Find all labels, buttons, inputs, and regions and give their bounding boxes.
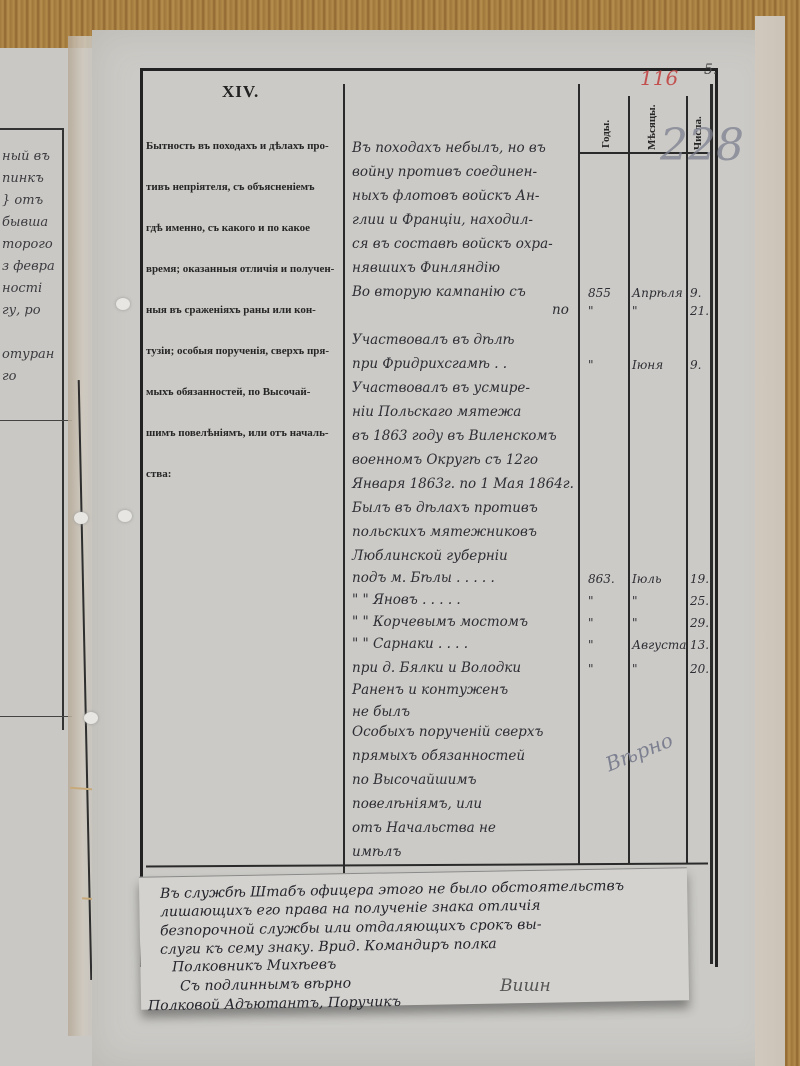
entry-text: нявшихъ Финляндію bbox=[352, 260, 500, 276]
pencil-folio: 228 bbox=[660, 120, 744, 171]
entry-text: по Высочайшимъ bbox=[352, 772, 477, 788]
left-page-rule bbox=[0, 420, 72, 421]
entry-month: Августа bbox=[632, 638, 686, 652]
entry-text: прямыхъ обязанностей bbox=[352, 748, 525, 764]
entry-day: 9. bbox=[690, 286, 701, 300]
printed-heading-line: Бытность въ походахъ и дѣлахъ про- bbox=[146, 140, 342, 152]
entry-month: " bbox=[632, 616, 638, 630]
binding-hole bbox=[74, 512, 88, 524]
entry-day: 13. bbox=[690, 638, 709, 652]
entry-year: " bbox=[588, 662, 594, 676]
entry-day: 21. bbox=[690, 304, 709, 318]
entry-month: Апрѣля bbox=[632, 286, 683, 300]
left-page-rule bbox=[0, 716, 72, 717]
entry-year: " bbox=[588, 594, 594, 608]
entry-text: Особыхъ порученій сверхъ bbox=[352, 724, 543, 740]
entry-text: Въ походахъ небылъ, но въ bbox=[352, 140, 546, 156]
entry-text: ныхъ флотовъ войскъ Ан- bbox=[352, 188, 539, 204]
entry-text: Участвовалъ въ дѣлѣ bbox=[352, 332, 514, 348]
entry-text: " " Сарнаки . . . . bbox=[352, 636, 468, 652]
entry-month: Іюня bbox=[632, 358, 663, 372]
printed-heading-line: гдѣ именно, съ какого и по какое bbox=[146, 222, 342, 234]
entry-text: Раненъ и контуженъ bbox=[352, 682, 508, 698]
entry-year: " bbox=[588, 304, 594, 318]
header-years: Годы. bbox=[600, 120, 612, 148]
entry-text: ніи Польскаго мятежа bbox=[352, 404, 521, 420]
entry-text: отъ Начальства не bbox=[352, 820, 496, 836]
entry-year: 855 bbox=[588, 286, 611, 300]
column-divider bbox=[343, 84, 345, 874]
entry-text: ся въ составѣ войскъ охра- bbox=[352, 236, 553, 252]
entry-text: Участвовалъ въ усмире- bbox=[352, 380, 530, 396]
entry-text: польскихъ мятежниковъ bbox=[352, 524, 537, 540]
printed-heading-line: мыхъ обязанностей, по Высочай- bbox=[146, 386, 342, 398]
printed-heading-line: время; оказанныя отличія и получен- bbox=[146, 263, 342, 275]
printed-heading-line: тивъ непріятеля, съ объясненіемъ bbox=[146, 181, 342, 193]
entry-text: Января 1863г. по 1 Мая 1864г. bbox=[352, 476, 574, 492]
entry-year: 863. bbox=[588, 572, 615, 586]
section-number: XIV. bbox=[222, 82, 259, 102]
entry-text: военномъ Округѣ съ 12го bbox=[352, 452, 538, 468]
entry-text: при д. Бялки и Володки bbox=[352, 660, 521, 676]
entry-text: въ 1863 году въ Виленскомъ bbox=[352, 428, 557, 444]
column-divider bbox=[686, 96, 688, 864]
entry-year: " bbox=[588, 616, 594, 630]
entry-text: войну противъ соединен- bbox=[352, 164, 537, 180]
slip-signature: Вишн bbox=[500, 976, 551, 996]
attached-slip-line: Съ подлиннымъ вѣрно bbox=[180, 976, 351, 995]
binding-hole bbox=[84, 712, 98, 724]
entry-day: 29. bbox=[690, 616, 709, 630]
entry-year: " bbox=[588, 638, 594, 652]
entry-text: подъ м. Бѣлы . . . . . bbox=[352, 570, 495, 586]
entry-day: 19. bbox=[690, 572, 709, 586]
entry-month: " bbox=[632, 662, 638, 676]
entry-day: 20. bbox=[690, 662, 709, 676]
printed-heading-line: шимъ повелѣніямъ, или отъ началь- bbox=[146, 427, 342, 439]
entry-month: " bbox=[632, 304, 638, 318]
table-right-border bbox=[710, 84, 713, 964]
binding-hole bbox=[118, 510, 132, 522]
entry-text: имѣлъ bbox=[352, 844, 401, 860]
page-number: 5. bbox=[704, 62, 717, 78]
entry-text: повелѣніямъ, или bbox=[352, 796, 482, 812]
entry-text: глии и Франціи, находил- bbox=[352, 212, 533, 228]
page-edge bbox=[755, 16, 785, 1066]
entry-text: " " Корчевымъ мостомъ bbox=[352, 614, 528, 630]
attached-slip-line: Полковникъ Михѣевъ bbox=[172, 957, 336, 976]
entry-text: Былъ въ дѣлахъ противъ bbox=[352, 500, 538, 516]
left-page-handwriting: ный въ пинкъ } отъ бывша торого з февра … bbox=[2, 146, 62, 388]
entry-month: Іюль bbox=[632, 572, 661, 586]
entry-text: по bbox=[552, 302, 569, 318]
folio-number-red: 116 bbox=[640, 66, 678, 90]
entry-text: при Фридрихсгамѣ . . bbox=[352, 356, 507, 372]
printed-heading-line: ства: bbox=[146, 468, 342, 480]
binding-hole bbox=[116, 298, 130, 310]
entry-day: 9. bbox=[690, 358, 701, 372]
header-months: Мѣсяцы. bbox=[646, 105, 658, 151]
entry-text: не былъ bbox=[352, 704, 410, 720]
printed-heading-line: ныя въ сраженіяхъ раны или кон- bbox=[146, 304, 342, 316]
entry-text: Люблинской губерніи bbox=[352, 548, 508, 564]
entry-year: " bbox=[588, 358, 594, 372]
entry-day: 25. bbox=[690, 594, 709, 608]
entry-text: Во вторую кампанію съ bbox=[352, 284, 526, 300]
printed-heading-line: тузіи; особыя порученія, сверхъ пря- bbox=[146, 345, 342, 357]
column-divider bbox=[578, 84, 580, 864]
entry-text: " " Яновъ . . . . . bbox=[352, 592, 461, 608]
entry-month: " bbox=[632, 594, 638, 608]
